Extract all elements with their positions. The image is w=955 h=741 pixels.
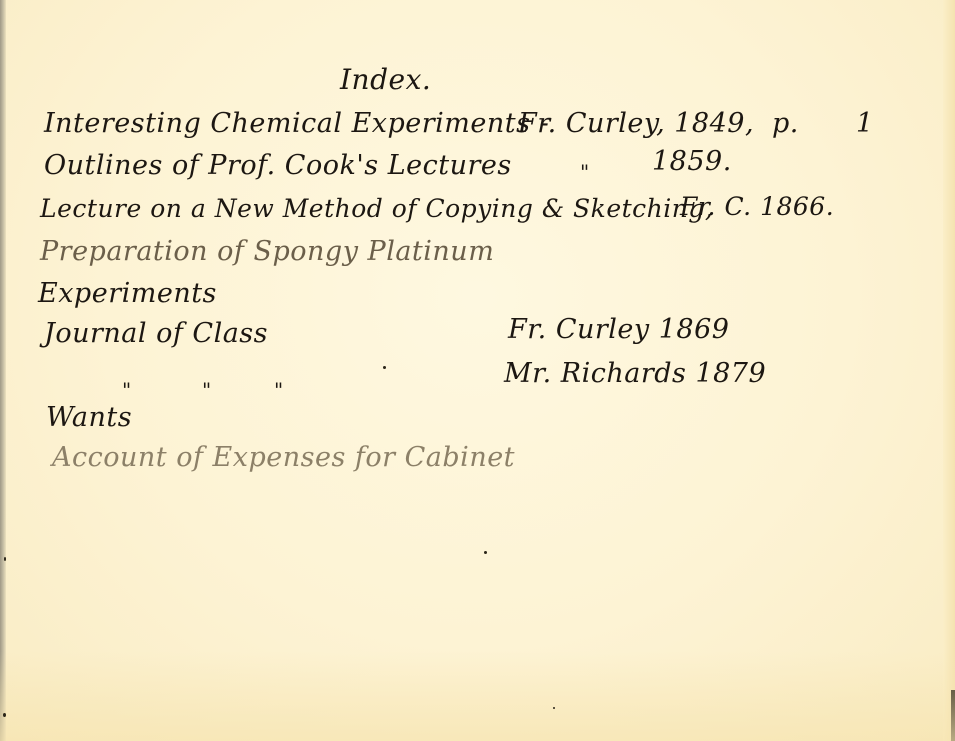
index-entry-year: 1859. [652, 148, 732, 175]
ink-speck [3, 713, 6, 717]
index-entry-author: Mr. Richards 1879 [504, 360, 766, 387]
index-entry-text: Account of Expenses for Cabinet [52, 444, 515, 471]
index-entry-text: Journal of Class [44, 320, 268, 347]
page-right-edge [943, 0, 955, 741]
ditto-mark: " [274, 380, 284, 400]
index-entry-text: Preparation of Spongy Platinum [40, 238, 494, 265]
index-entry-author: Fr. Curley 1869 [508, 316, 729, 343]
ink-speck [484, 551, 487, 554]
ditto-mark: " [580, 162, 590, 182]
index-entry-page-label: p. [772, 110, 799, 137]
index-title: Index. [340, 66, 431, 94]
index-entry-author: Fr. Curley, 1849, [518, 110, 754, 137]
ink-speck [4, 557, 6, 561]
binding-edge [0, 0, 6, 741]
ditto-mark: " [122, 380, 132, 400]
index-entry-page-number: 1 [856, 110, 874, 137]
index-entry-text: Experiments [38, 280, 217, 307]
ditto-mark: " [202, 380, 212, 400]
index-entry-text: Wants [46, 404, 132, 431]
ink-speck [553, 707, 555, 709]
index-entry-text: Outlines of Prof. Cook's Lectures [44, 152, 512, 179]
index-entry-text: Lecture on a New Method of Copying & Ske… [40, 196, 713, 221]
page-bottom-shade [0, 651, 955, 741]
notebook-page: Index. Interesting Chemical Experiments … [0, 0, 955, 741]
ink-speck [383, 366, 386, 369]
index-entry-author: Fr. C. 1866. [680, 194, 834, 219]
index-entry-text: Interesting Chemical Experiments - [44, 110, 549, 137]
